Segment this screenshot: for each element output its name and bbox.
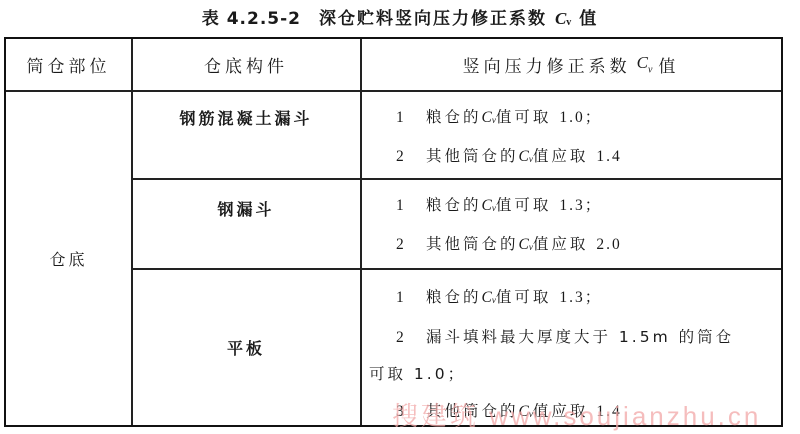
header-location: 筒仓部位	[6, 39, 131, 90]
title-text: 深仓贮料竖向压力修正系数	[319, 9, 547, 29]
rule-line: 1粮仓的Cv值可取 1.3；	[396, 187, 622, 226]
coefficient-rc-hopper: 1粮仓的Cv值可取 1.0； 2其他筒仓的Cv值应取 1.4	[396, 99, 622, 177]
col-divider-2	[360, 39, 362, 425]
component-steel-hopper: 钢漏斗	[132, 179, 360, 268]
rule-line: 2其他筒仓的Cv值应取 1.4	[396, 138, 622, 177]
rule-line: 1粮仓的Cv值可取 1.0；	[396, 99, 622, 138]
component-rc-hopper: 钢筋混凝土漏斗	[132, 91, 360, 178]
header-component: 仓底构件	[132, 39, 360, 90]
header-coefficient: 竖向压力修正系数 Cv 值	[361, 39, 781, 90]
coefficient-table: 筒仓部位 仓底构件 竖向压力修正系数 Cv 值 仓底 钢筋混凝土漏斗 钢漏斗 平…	[4, 37, 783, 427]
location-cell: 仓底	[6, 91, 131, 425]
title-symbol: Cv	[555, 9, 571, 28]
table-title: 表 4.2.5-2深仓贮料竖向压力修正系数 Cv 值	[0, 4, 800, 29]
rule-line-continued: 可取 1.0；	[369, 356, 734, 393]
rule-line: 1粮仓的Cv值可取 1.3；	[369, 279, 734, 319]
rule-line: 2漏斗填料最大厚度大于 1.5m 的筒仓	[369, 319, 734, 356]
coefficient-steel-hopper: 1粮仓的Cv值可取 1.3； 2其他筒仓的Cv值应取 2.0	[396, 187, 622, 265]
title-suffix: 值	[579, 9, 598, 29]
component-flat-plate: 平板	[132, 269, 360, 425]
watermark: 搜建筑 www.soujianzhu.cn	[392, 396, 761, 433]
rule-line: 2其他筒仓的Cv值应取 2.0	[396, 226, 622, 265]
table-number: 表 4.2.5-2	[202, 9, 301, 29]
